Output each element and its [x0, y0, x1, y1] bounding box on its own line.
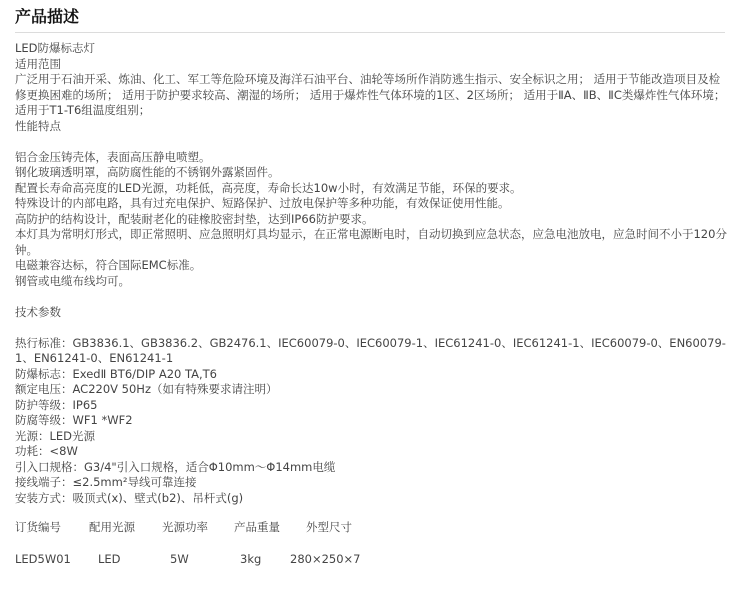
features-list: 铝合金压铸壳体，表面高压静电喷塑。 钢化玻璃透明罩，高防腐性能的不锈钢外露紧固件…	[15, 150, 727, 290]
feature-item: 钢化玻璃透明罩，高防腐性能的不锈钢外露紧固件。	[15, 165, 727, 181]
tech-param: 接线端子：≤2.5mm²导线可靠连接	[15, 475, 727, 491]
scope-text: 广泛用于石油开采、炼油、化工、军工等危险环境及海洋石油平台、油轮等场所作消防逃生…	[15, 72, 727, 119]
tech-param: 引入口规格：G3/4"引入口规格，适合Φ10mm～Φ14mm电缆	[15, 460, 727, 476]
spacer	[15, 134, 727, 150]
tech-param: 安装方式：吸顶式(x)、壁式(b2)、吊杆式(g)	[15, 491, 727, 507]
table-header-dimensions: 外型尺寸	[306, 520, 352, 536]
scope-heading: 适用范围	[15, 57, 727, 73]
tech-param: 额定电压：AC220V 50Hz（如有特殊要求请注明）	[15, 382, 727, 398]
feature-item: 铝合金压铸壳体，表面高压静电喷塑。	[15, 150, 727, 166]
features-heading: 性能特点	[15, 119, 727, 135]
tech-param: 防腐等级：WF1 *WF2	[15, 413, 727, 429]
tech-param: 防护等级：IP65	[15, 398, 727, 414]
tech-params-list: 热行标准：GB3836.1、GB3836.2、GB2476.1、IEC60079…	[15, 336, 727, 507]
title-divider	[15, 32, 725, 33]
table-cell-order-no: LED5W01	[15, 552, 71, 568]
table-cell-dimensions: 280×250×7	[290, 552, 361, 568]
table-cell-weight: 3kg	[240, 552, 261, 568]
order-table: 订货编号 配用光源 光源功率 产品重量 外型尺寸 LED5W01 LED 5W …	[15, 508, 727, 578]
feature-item: 高防护的结构设计，配装耐老化的硅橡胶密封垫，达到IP66防护要求。	[15, 212, 727, 228]
table-header-weight: 产品重量	[234, 520, 280, 536]
spacer	[15, 320, 727, 336]
table-cell-power: 5W	[170, 552, 189, 568]
product-description-page: 产品描述 LED防爆标志灯 适用范围 广泛用于石油开采、炼油、化工、军工等危险环…	[0, 0, 748, 599]
tech-heading: 技术参数	[15, 305, 727, 321]
tech-param: 光源：LED光源	[15, 429, 727, 445]
feature-item: 配置长寿命高亮度的LED光源，功耗低，高亮度，寿命长达10w小时，有效满足节能，…	[15, 181, 727, 197]
table-header-power: 光源功率	[162, 520, 208, 536]
spacer	[15, 289, 727, 305]
tech-param: 功耗：<8W	[15, 444, 727, 460]
tech-param: 热行标准：GB3836.1、GB3836.2、GB2476.1、IEC60079…	[15, 336, 727, 367]
feature-item: 本灯具为常明灯形式，即正常照明、应急照明灯具均显示，在正常电源断电时，自动切换到…	[15, 227, 727, 258]
feature-item: 钢管或电缆布线均可。	[15, 274, 727, 290]
product-name: LED防爆标志灯	[15, 41, 727, 57]
table-cell-light-source: LED	[98, 552, 121, 568]
feature-item: 特殊设计的内部电路，具有过充电保护、短路保护、过放电保护等多种功能，有效保证使用…	[15, 196, 727, 212]
table-header-light-source: 配用光源	[89, 520, 135, 536]
page-title: 产品描述	[15, 6, 79, 28]
feature-item: 电磁兼容达标，符合国际EMC标准。	[15, 258, 727, 274]
table-header-order-no: 订货编号	[15, 520, 61, 536]
tech-param: 防爆标志：ExedⅡ BT6/DIP A20 TA,T6	[15, 367, 727, 383]
description-content: LED防爆标志灯 适用范围 广泛用于石油开采、炼油、化工、军工等危险环境及海洋石…	[15, 41, 727, 578]
